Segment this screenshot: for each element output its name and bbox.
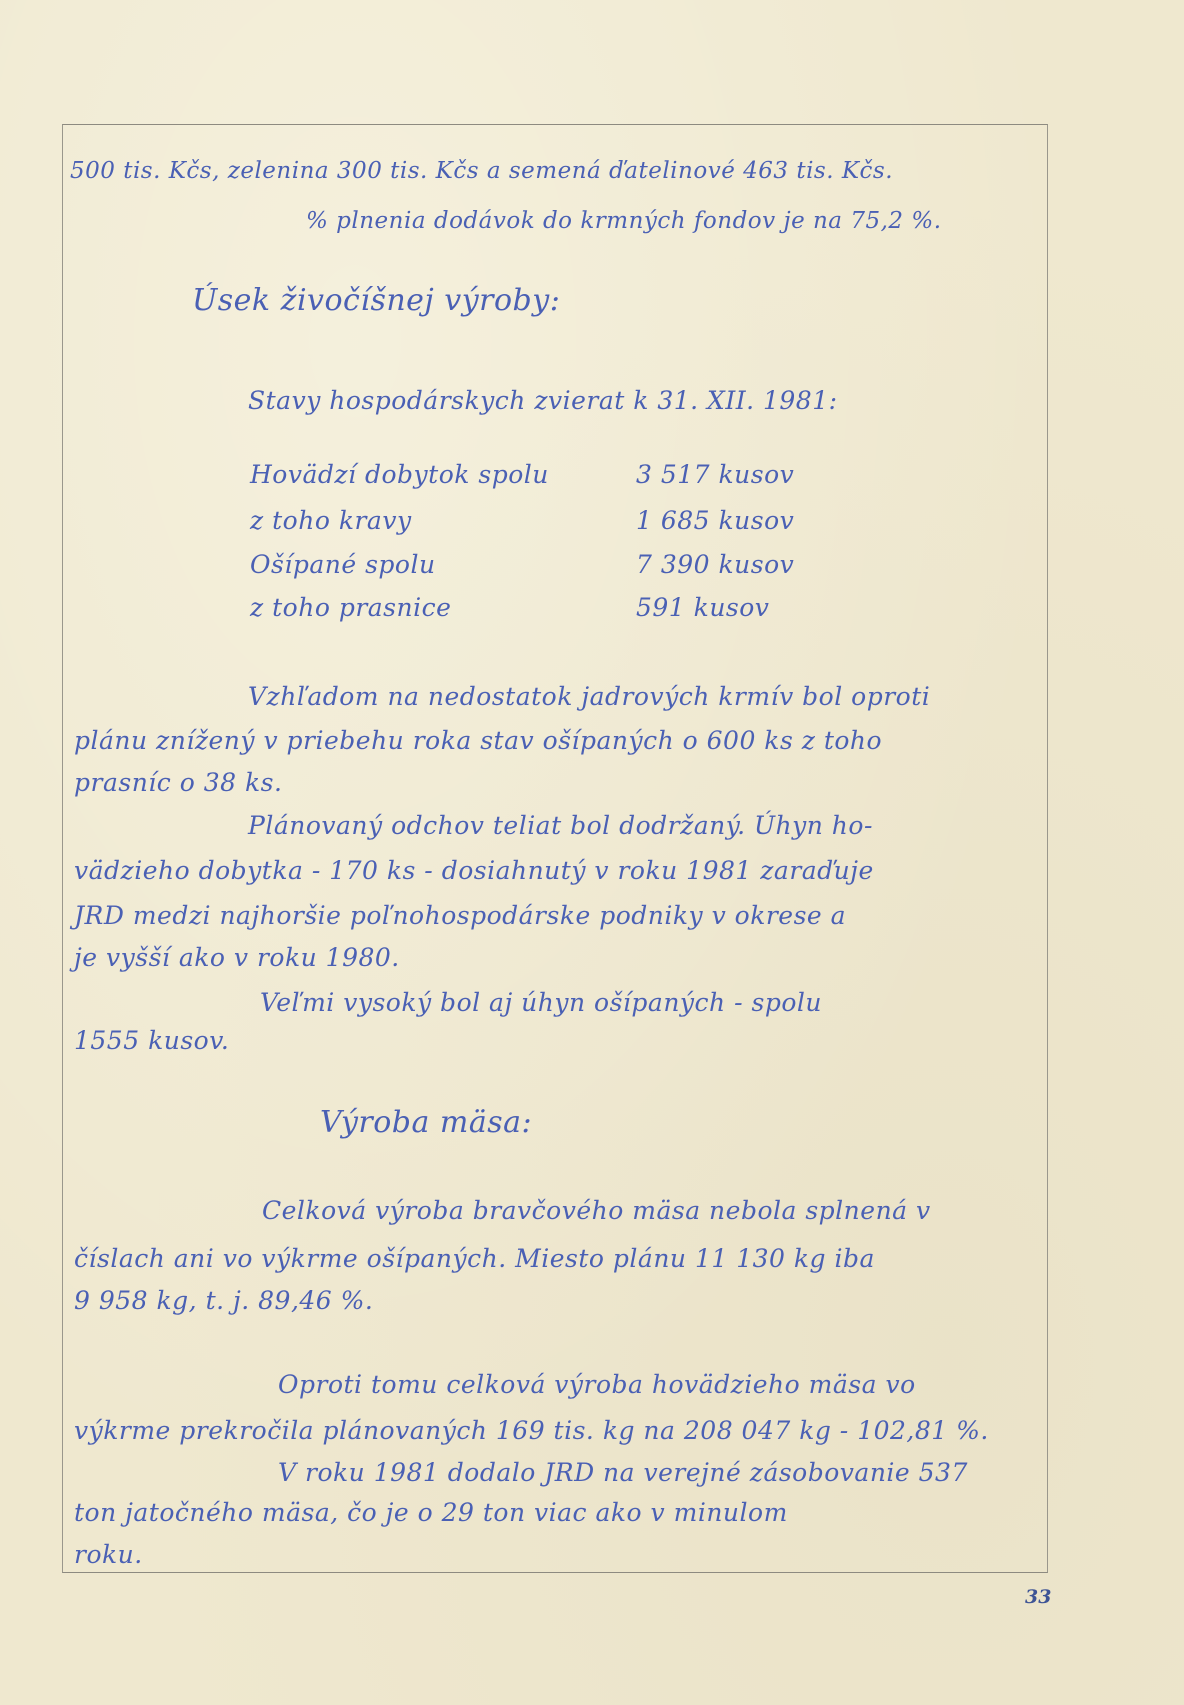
intro-line-2: % plnenia dodávok do krmných fondov je n… <box>306 210 942 233</box>
livestock-label: z toho prasnice <box>250 595 451 620</box>
livestock-value: 3 517 kusov <box>636 462 794 487</box>
livestock-value: 7 390 kusov <box>636 552 794 577</box>
livestock-value: 1 685 kusov <box>636 508 794 533</box>
livestock-row: Hovädzí dobytok spolu 3 517 kusov <box>250 462 810 498</box>
livestock-label: z toho kravy <box>250 508 412 533</box>
paragraph-line: ton jatočného mäsa, čo je o 29 ton viac … <box>74 1500 788 1525</box>
paragraph-line: V roku 1981 dodalo JRD na verejné zásobo… <box>278 1460 968 1485</box>
paragraph-line: Celková výroba bravčového mäsa nebola sp… <box>262 1198 931 1223</box>
paragraph-line: roku. <box>74 1542 143 1567</box>
paragraph-line: výkrme prekročila plánovaných 169 tis. k… <box>74 1418 989 1443</box>
page-number: 33 <box>1025 1586 1051 1608</box>
livestock-row: z toho kravy 1 685 kusov <box>250 508 810 544</box>
section-heading-animal-production: Úsek živočíšnej výroby: <box>192 286 560 316</box>
paragraph-line: vädzieho dobytka - 170 ks - dosiahnutý v… <box>74 858 874 883</box>
livestock-row: z toho prasnice 591 kusov <box>250 595 810 631</box>
paragraph-line: plánu znížený v priebehu roka stav ošípa… <box>74 728 882 753</box>
paragraph-line: 9 958 kg, t. j. 89,46 %. <box>74 1288 373 1313</box>
paragraph-line: Plánovaný odchov teliat bol dodržaný. Úh… <box>248 813 873 838</box>
paragraph-line: prasníc o 38 ks. <box>74 770 282 795</box>
paragraph-line: číslach ani vo výkrme ošípaných. Miesto … <box>74 1246 875 1271</box>
paragraph-line: Veľmi vysoký bol aj úhyn ošípaných - spo… <box>260 990 822 1015</box>
paragraph-line: Oproti tomu celková výroba hovädzieho mä… <box>278 1372 916 1397</box>
paragraph-line: 1555 kusov. <box>74 1028 229 1053</box>
livestock-value: 591 kusov <box>636 595 769 620</box>
section-heading-meat-production: Výroba mäsa: <box>320 1108 532 1138</box>
page-frame-border <box>62 124 1048 1573</box>
paragraph-line: Vzhľadom na nedostatok jadrových krmív b… <box>248 684 930 709</box>
livestock-subheading: Stavy hospodárskych zvierat k 31. XII. 1… <box>248 388 838 413</box>
intro-line-1: 500 tis. Kčs, zelenina 300 tis. Kčs a se… <box>70 160 893 183</box>
livestock-label: Ošípané spolu <box>250 552 436 577</box>
livestock-row: Ošípané spolu 7 390 kusov <box>250 552 810 588</box>
livestock-label: Hovädzí dobytok spolu <box>250 462 549 487</box>
paragraph-line: JRD medzi najhoršie poľnohospodárske pod… <box>74 903 846 928</box>
paragraph-line: je vyšší ako v roku 1980. <box>74 945 400 970</box>
